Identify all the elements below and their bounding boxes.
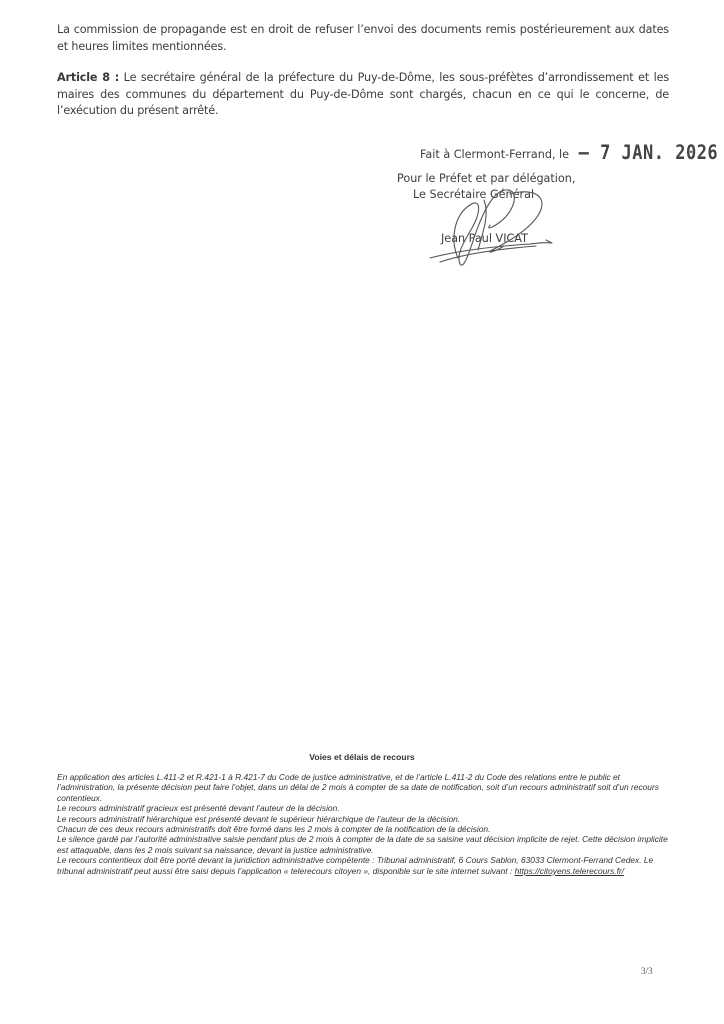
- paragraph-propagande: La commission de propagande est en droit…: [57, 22, 669, 55]
- date-stamp: – 7 JAN. 2026: [579, 142, 719, 165]
- document-page: La commission de propagande est en droit…: [0, 0, 724, 1024]
- article-8-text: Le secrétaire général de la préfecture d…: [57, 71, 669, 117]
- article-8-label: Article 8 :: [57, 71, 119, 84]
- recours-line-contentieux: Le recours contentieux doit être porté d…: [57, 855, 677, 876]
- recours-line: Le recours administratif hiérarchique es…: [57, 814, 677, 824]
- recours-line: Le silence gardé par l’autorité administ…: [57, 834, 677, 855]
- place-date-prefix: Fait à Clermont-Ferrand, le: [420, 148, 569, 161]
- recours-section: En application des articles L.411-2 et R…: [57, 772, 677, 876]
- recours-line: Le recours administratif gracieux est pr…: [57, 803, 677, 813]
- page-number: 3/3: [641, 966, 653, 976]
- recours-line: En application des articles L.411-2 et R…: [57, 772, 677, 803]
- recours-line: Chacun de ces deux recours administratif…: [57, 824, 677, 834]
- article-8: Article 8 : Le secrétaire général de la …: [57, 70, 669, 120]
- recours-title: Voies et délais de recours: [0, 752, 724, 762]
- handwritten-signature-icon: [420, 180, 570, 270]
- place-date: Fait à Clermont-Ferrand, le – 7 JAN. 202…: [420, 143, 680, 163]
- telerecours-link[interactable]: https://citoyens.telerecours.fr/: [515, 866, 624, 876]
